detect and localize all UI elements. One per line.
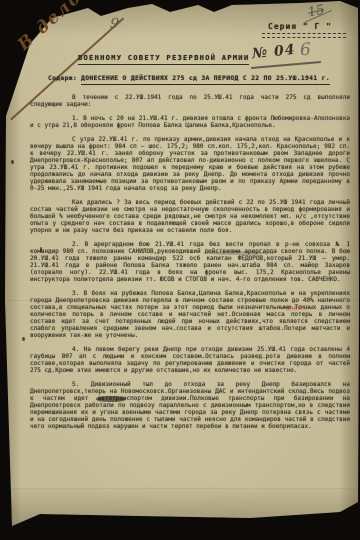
paragraph: 3. В боях на рубежах Попова Балка,Цапина… xyxy=(30,290,350,339)
margin-speck xyxy=(40,247,42,252)
paragraph: 2. В арергардном бою 21.УШ.41 года без в… xyxy=(30,241,350,283)
seriya-underline xyxy=(262,33,346,38)
paragraph: 1. В ночь с 20 на 21.УШ.41 г. дивизия от… xyxy=(30,115,350,129)
paragraph: В течении с 22.УШ.1941 года по 25.УШ.41 … xyxy=(30,94,350,108)
subject-label: Содерж: xyxy=(48,74,77,82)
margin-speck xyxy=(11,160,14,164)
pencil-doc-number: 6 xyxy=(299,40,311,61)
paragraph: 5. Дивизионный тыл до отхода за реку Дне… xyxy=(30,381,350,430)
handwritten-page-number: 9 xyxy=(109,16,120,33)
scanned-document-page: { "document": { "annotations": { "v_delo… xyxy=(0,0,360,540)
paragraph: 4. На левом берегу реки Днепр при отходе… xyxy=(30,346,350,374)
subject-text: ДОНЕСЕНИЕ О ДЕЙСТВИЯХ 275 сд ЗА ПЕРИОД С… xyxy=(81,74,330,85)
ink-smudge xyxy=(208,251,266,255)
seriya-label: Серия " Г " xyxy=(268,22,332,31)
subject-line: Содерж:ДОНЕСЕНИЕ О ДЕЙСТВИЯХ 275 сд ЗА П… xyxy=(48,74,330,82)
faint-red-stamp: КРАСН… xyxy=(286,305,309,312)
document-body: В течении с 22.УШ.1941 года по 25.УШ.41 … xyxy=(30,94,350,437)
document-title: ВОЕННОМУ СОВЕТУ РЕЗЕРВНОЙ АРМИИ xyxy=(78,53,249,65)
ink-smudge xyxy=(96,396,126,402)
paragraph: Как дрались ? За весь период боевых дейс… xyxy=(30,199,350,234)
margin-speck xyxy=(22,337,25,341)
paragraph: С утра 22.УШ.41 г. по приказу армии,диви… xyxy=(30,136,350,192)
